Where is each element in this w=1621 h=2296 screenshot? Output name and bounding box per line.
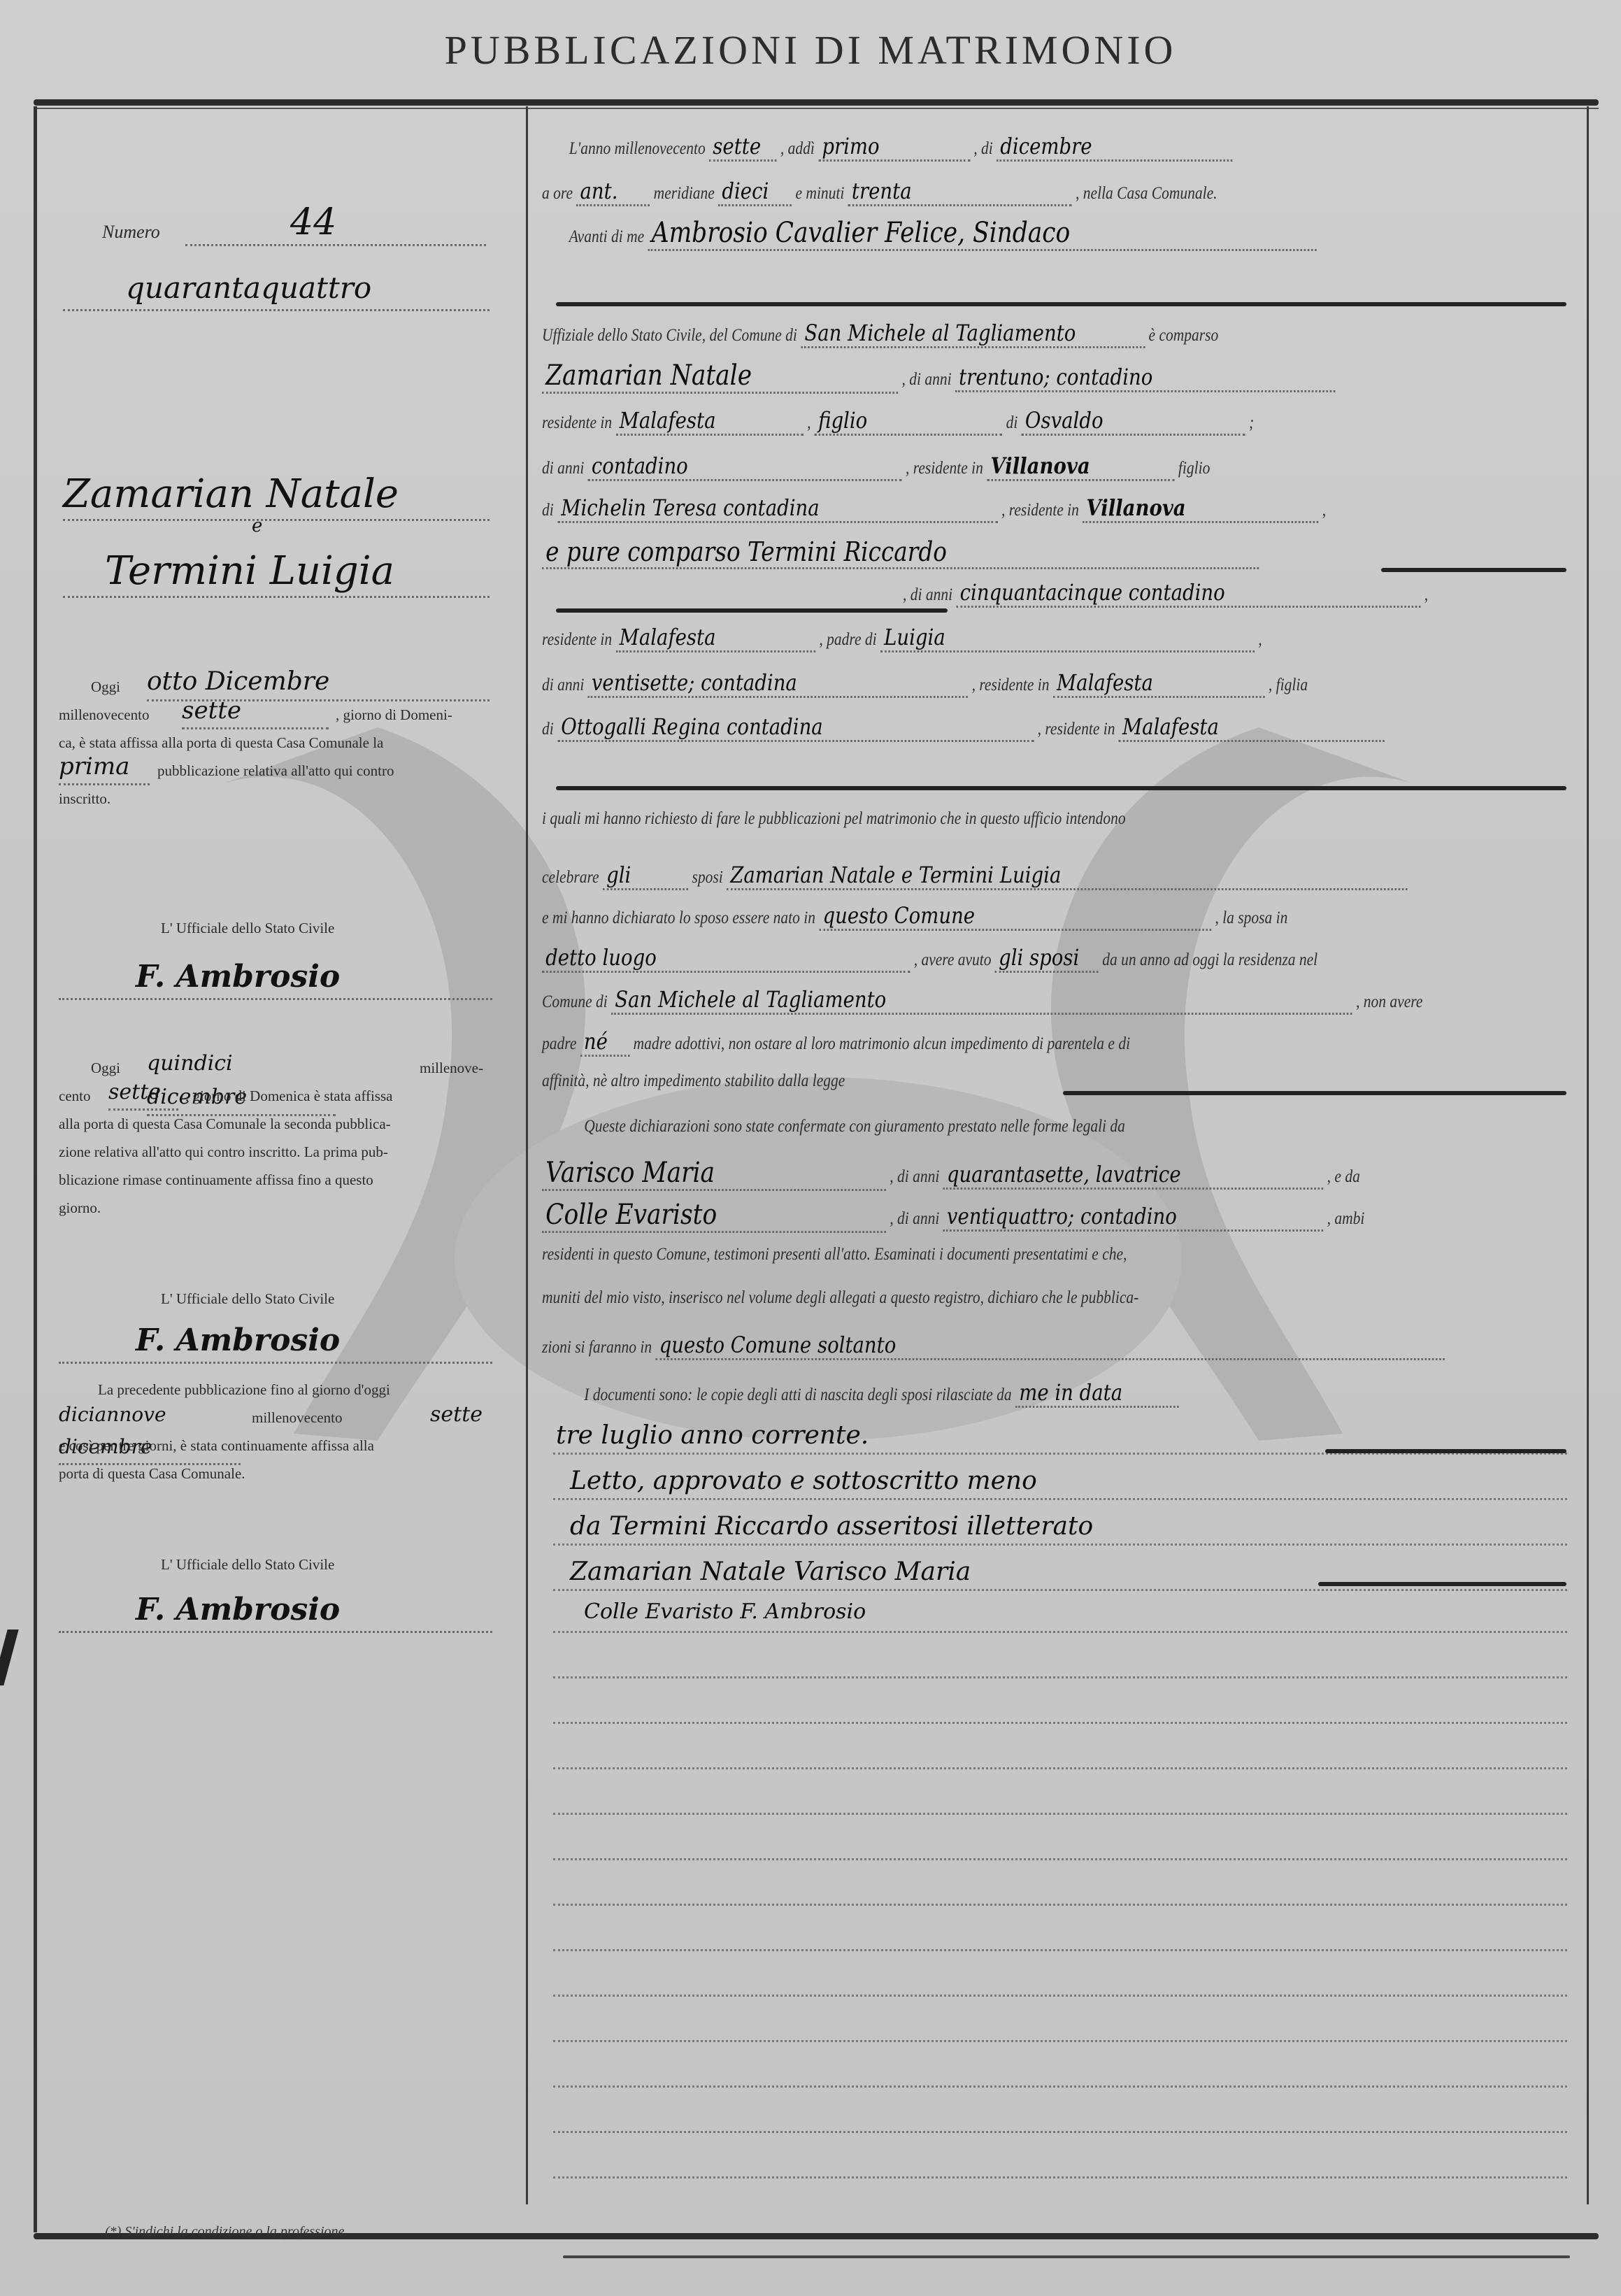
witness2-name-field: Colle Evaristo bbox=[542, 1199, 886, 1233]
comune-field: San Michele al Tagliamento bbox=[801, 320, 1145, 348]
label: , di bbox=[973, 139, 992, 158]
issuer-field: me in data bbox=[1015, 1379, 1179, 1408]
label: , ambi bbox=[1327, 1209, 1365, 1228]
publication-place-field: questo Comune soltanto bbox=[655, 1332, 1444, 1360]
act-line-adoptive: padre né madre adottivi, non ostare al l… bbox=[542, 1028, 1432, 1067]
label: residente in bbox=[542, 630, 612, 649]
left-border bbox=[34, 106, 37, 2232]
second-pub-text-e: blicazione rimase continuamente affissa … bbox=[59, 1166, 373, 1194]
numero-words: quarantaquattro bbox=[63, 267, 490, 311]
bride-age-field: ventisette; contadina bbox=[588, 669, 969, 698]
ruled-line bbox=[553, 1949, 1567, 1951]
act-line-father: di anni contadino , residente in Villano… bbox=[542, 452, 1432, 492]
handwritten-signatures: Colle Evaristo F. Ambrosio bbox=[584, 1599, 866, 1624]
label: di bbox=[542, 720, 554, 739]
right-column: L'anno millenovecento sette , addì primo… bbox=[542, 99, 1577, 2225]
first-pub-officer-label: L' Ufficiale dello Stato Civile bbox=[161, 914, 334, 942]
ruled-line bbox=[553, 1858, 1567, 1860]
act-text-oath: Queste dichiarazioni sono state conferma… bbox=[542, 1117, 1474, 1156]
label: , bbox=[807, 413, 810, 432]
second-pub-text-c: alla porta di questa Casa Comunale la se… bbox=[59, 1110, 391, 1138]
first-pub-text-d: inscritto. bbox=[59, 785, 110, 813]
closing-line bbox=[563, 2255, 1570, 2258]
ruled-line bbox=[553, 2131, 1567, 2133]
footnote: (*) S'indichi la condizione o la profess… bbox=[105, 2224, 348, 2240]
mother-field: Michelin Teresa contadina bbox=[557, 494, 998, 523]
second-pub-year: sette bbox=[108, 1076, 178, 1111]
groom-age-field: trentuno; contadino bbox=[955, 364, 1336, 392]
second-pub-signature: F. Ambrosio bbox=[59, 1320, 492, 1364]
act-line-witness2: Colle Evaristo , di anni ventiquattro; c… bbox=[542, 1199, 1432, 1238]
label: , bbox=[1258, 630, 1262, 649]
label: , di anni bbox=[890, 1167, 939, 1186]
first-pub-text-c: pubblicazione relativa all'atto qui cont… bbox=[157, 757, 394, 785]
column-divider bbox=[526, 106, 528, 2204]
second-pub-text-f: giorno. bbox=[59, 1194, 101, 1222]
ruled-line bbox=[553, 1904, 1567, 1906]
document-title: PUBBLICAZIONI DI MATRIMONIO bbox=[0, 27, 1621, 73]
ruled-line bbox=[553, 2040, 1567, 2042]
label: , di anni bbox=[903, 585, 952, 604]
act-line-officer: Avanti di me Ambrosio Cavalier Felice, S… bbox=[542, 217, 1459, 256]
label: di bbox=[1006, 413, 1018, 432]
label: e mi hanno dichiarato lo sposo essere na… bbox=[542, 908, 815, 927]
label: ; bbox=[1249, 413, 1254, 432]
label: , figlia bbox=[1269, 676, 1308, 694]
numero-value: 44 bbox=[185, 201, 486, 246]
label: sposi bbox=[692, 868, 722, 887]
label: a ore bbox=[542, 184, 573, 203]
second-pub-text-a: millenove- bbox=[420, 1054, 483, 1082]
label: , bbox=[1322, 501, 1326, 520]
left-column: Numero 44 quarantaquattro Zamarian Natal… bbox=[49, 99, 510, 2225]
final-note-text-b: e così per tre giorni, è stata continuam… bbox=[59, 1432, 374, 1460]
filler-line bbox=[1381, 568, 1566, 572]
bride-name-field: Luigia bbox=[880, 624, 1255, 653]
groom-birthplace-field: questo Comune bbox=[819, 902, 1211, 931]
label: , residente in bbox=[972, 676, 1050, 694]
label: di anni bbox=[542, 676, 584, 694]
act-line-residence: detto luogo , avere avuto gli sposi da u… bbox=[542, 944, 1432, 983]
act-line-comune: Uffiziale dello Stato Civile, del Comune… bbox=[542, 320, 1432, 359]
residence-field: Malafesta bbox=[615, 624, 815, 653]
right-border bbox=[1587, 106, 1589, 2204]
ruled-line bbox=[553, 1498, 1567, 1500]
act-line-mother: di Michelin Teresa contadina , residente… bbox=[542, 494, 1432, 534]
label: I documenti sono: bbox=[584, 1385, 692, 1404]
second-pub-cento: cento bbox=[59, 1082, 90, 1110]
act-line-groom: Zamarian Natale , di anni trentuno; cont… bbox=[542, 359, 1432, 399]
spouse-groom-name: Zamarian Natale bbox=[63, 470, 490, 521]
act-line-documents: I documenti sono: le copie degli atti di… bbox=[542, 1379, 1474, 1418]
label: , residente in bbox=[906, 459, 983, 478]
ampm-field: ant. bbox=[576, 178, 650, 206]
filler-line bbox=[1063, 1091, 1566, 1095]
label: , residente in bbox=[1001, 501, 1079, 520]
handwritten-line: da Termini Riccardo asseritosi illettera… bbox=[570, 1512, 1093, 1541]
act-line-birthplace: e mi hanno dichiarato lo sposo essere na… bbox=[542, 902, 1432, 941]
ruled-line bbox=[553, 1676, 1567, 1678]
act-text-witnesses: residenti in questo Comune, testimoni pr… bbox=[542, 1245, 1432, 1284]
groom-name-field: Zamarian Natale bbox=[542, 359, 898, 394]
label: residente in bbox=[542, 413, 612, 432]
label: Comune di bbox=[542, 992, 608, 1011]
label: di bbox=[542, 501, 554, 520]
label: Avanti di me bbox=[569, 227, 644, 246]
label: meridiane bbox=[654, 184, 715, 203]
ruled-line bbox=[553, 1543, 1567, 1546]
label: , di anni bbox=[890, 1209, 939, 1228]
ruled-line bbox=[553, 1589, 1567, 1591]
act-line-celebrate: celebrare gli sposi Zamarian Natale e Te… bbox=[542, 862, 1432, 901]
act-text-request: i quali mi hanno richiesto di fare le pu… bbox=[542, 809, 1432, 848]
mother-residence-field: Villanova bbox=[1083, 494, 1318, 523]
label: avere bbox=[1390, 992, 1422, 1011]
bride-father-age-field: cinquantacinque contadino bbox=[956, 579, 1420, 608]
father-prof-field: contadino bbox=[588, 452, 902, 481]
label: zioni si faranno in bbox=[542, 1338, 652, 1357]
witness2-age-field: ventiquattro; contadino bbox=[943, 1203, 1324, 1232]
final-note-millenovecento: millenovecento bbox=[252, 1404, 342, 1432]
witness1-age-field: quarantasette, lavatrice bbox=[943, 1161, 1324, 1190]
minutes-field: trenta bbox=[848, 178, 1072, 206]
relation-field: figlio bbox=[815, 407, 1002, 436]
section-divider bbox=[556, 302, 1566, 306]
label: padre bbox=[542, 1034, 576, 1053]
spouses-and: e bbox=[252, 512, 262, 540]
filler-line bbox=[1325, 1449, 1566, 1453]
witness1-name-field: Varisco Maria bbox=[542, 1157, 886, 1191]
label: Uffiziale dello Stato Civile, del Comune… bbox=[542, 326, 797, 345]
bride-father-field: e pure comparso Termini Riccardo bbox=[542, 536, 1259, 569]
spouse-bride-name: Termini Luigia bbox=[63, 547, 490, 598]
label: le copie degli atti di nascita degli spo… bbox=[697, 1385, 1012, 1404]
label: è comparso bbox=[1149, 326, 1219, 345]
ruled-line bbox=[553, 1722, 1567, 1724]
act-line-bride-father-age: , di anni cinquantacinque contadino , bbox=[542, 579, 1621, 618]
final-note-signature: F. Ambrosio bbox=[59, 1589, 492, 1633]
day-field: primo bbox=[818, 133, 970, 162]
who-field: gli sposi bbox=[995, 944, 1099, 973]
bride-mother-residence-field: Malafesta bbox=[1119, 713, 1385, 742]
ruled-line bbox=[553, 1813, 1567, 1815]
act-line-bride-mother: di Ottogalli Regina contadina , resident… bbox=[542, 713, 1432, 753]
label: , la sposa in bbox=[1215, 908, 1287, 927]
first-pub-year: sette bbox=[182, 694, 329, 729]
ruled-line bbox=[553, 2085, 1567, 2088]
label: madre adottivi, non ostare al loro matri… bbox=[634, 1034, 1130, 1053]
label: da un anno ad oggi la residenza nel bbox=[1102, 950, 1317, 969]
ne-field: né bbox=[580, 1028, 630, 1057]
label: , nella Casa Comunale. bbox=[1076, 184, 1217, 203]
act-line-bride-father-residence: residente in Malafesta , padre di Luigia… bbox=[542, 624, 1432, 663]
label: figlio bbox=[1178, 459, 1210, 478]
label: , residente in bbox=[1038, 720, 1115, 739]
officer-field: Ambrosio Cavalier Felice, Sindaco bbox=[648, 217, 1317, 251]
ruled-line bbox=[553, 1995, 1567, 1997]
document-page: PUBBLICAZIONI DI MATRIMONIO Numero 44 qu… bbox=[0, 0, 1621, 2296]
label: , avere avuto bbox=[914, 950, 992, 969]
numero-label: Numero bbox=[102, 218, 160, 246]
comune-field: San Michele al Tagliamento bbox=[611, 986, 1352, 1015]
act-line-comune-residence: Comune di San Michele al Tagliamento , n… bbox=[542, 986, 1432, 1025]
second-pub-officer-label: L' Ufficiale dello Stato Civile bbox=[161, 1285, 334, 1313]
residence-field: Malafesta bbox=[615, 407, 803, 436]
ruled-line bbox=[553, 2176, 1567, 2179]
label: , padre di bbox=[819, 630, 876, 649]
ruled-line bbox=[553, 1631, 1567, 1633]
who-field: gli bbox=[603, 862, 688, 890]
bride-birthplace-field: detto luogo bbox=[542, 944, 910, 973]
month-field: dicembre bbox=[997, 133, 1232, 162]
final-note-officer-label: L' Ufficiale dello Stato Civile bbox=[161, 1550, 334, 1578]
father-field: Osvaldo bbox=[1022, 407, 1245, 436]
first-pub-text-a: , giorno di Domeni- bbox=[336, 701, 452, 729]
act-line-date: L'anno millenovecento sette , addì primo… bbox=[542, 133, 1459, 172]
bride-residence-field: Malafesta bbox=[1053, 669, 1265, 698]
father-residence-field: Villanova bbox=[987, 452, 1174, 481]
act-text-documents: muniti del mio visto, inserisco nel volu… bbox=[542, 1288, 1432, 1327]
first-pub-signature: F. Ambrosio bbox=[59, 956, 492, 1000]
second-pub-text-b: , giorno di Domenica è stata affissa bbox=[185, 1082, 392, 1110]
first-pub-ordinal: prima bbox=[59, 750, 150, 785]
filler-line bbox=[1318, 1582, 1566, 1586]
label: e minuti bbox=[796, 184, 845, 203]
act-line-groom-residence: residente in Malafesta , figlio di Osval… bbox=[542, 407, 1432, 446]
act-line-witness1: Varisco Maria , di anni quarantasette, l… bbox=[542, 1157, 1432, 1196]
section-divider bbox=[556, 786, 1566, 790]
bride-mother-field: Ottogalli Regina contadina bbox=[557, 713, 1034, 742]
handwritten-line: tre luglio anno corrente. bbox=[556, 1421, 869, 1450]
final-note-year: sette bbox=[430, 1399, 483, 1431]
label: L'anno millenovecento bbox=[569, 139, 706, 158]
label: di anni bbox=[542, 459, 584, 478]
label: , bbox=[1424, 585, 1428, 604]
act-line-publication-place: zioni si faranno in questo Comune soltan… bbox=[542, 1332, 1432, 1371]
label: , di anni bbox=[901, 370, 951, 389]
act-line-bride: di anni ventisette; contadina , resident… bbox=[542, 669, 1432, 708]
label: , non bbox=[1356, 992, 1386, 1011]
act-line-time: a ore ant. meridiane dieci e minuti tren… bbox=[542, 178, 1432, 217]
act-line-bride-father: e pure comparso Termini Riccardo bbox=[542, 536, 1432, 576]
first-pub-oggi-label: Oggi bbox=[91, 673, 120, 701]
ruled-line bbox=[553, 1767, 1567, 1769]
label: , e da bbox=[1327, 1167, 1360, 1186]
spouses-field: Zamarian Natale e Termini Luigia bbox=[727, 862, 1408, 890]
edge-mark bbox=[0, 1630, 19, 1685]
label: celebrare bbox=[542, 868, 599, 887]
handwritten-signatures: Zamarian Natale Varisco Maria bbox=[570, 1557, 971, 1586]
second-pub-text-d: zione relativa all'atto qui contro inscr… bbox=[59, 1138, 388, 1166]
hour-field: dieci bbox=[718, 178, 792, 206]
label: , addì bbox=[780, 139, 815, 158]
first-pub-millenovecento: millenovecento bbox=[59, 701, 149, 729]
handwritten-line: Letto, approvato e sottoscritto meno bbox=[570, 1467, 1037, 1495]
year-field: sette bbox=[709, 133, 776, 162]
final-note-text-c: porta di questa Casa Comunale. bbox=[59, 1460, 245, 1488]
